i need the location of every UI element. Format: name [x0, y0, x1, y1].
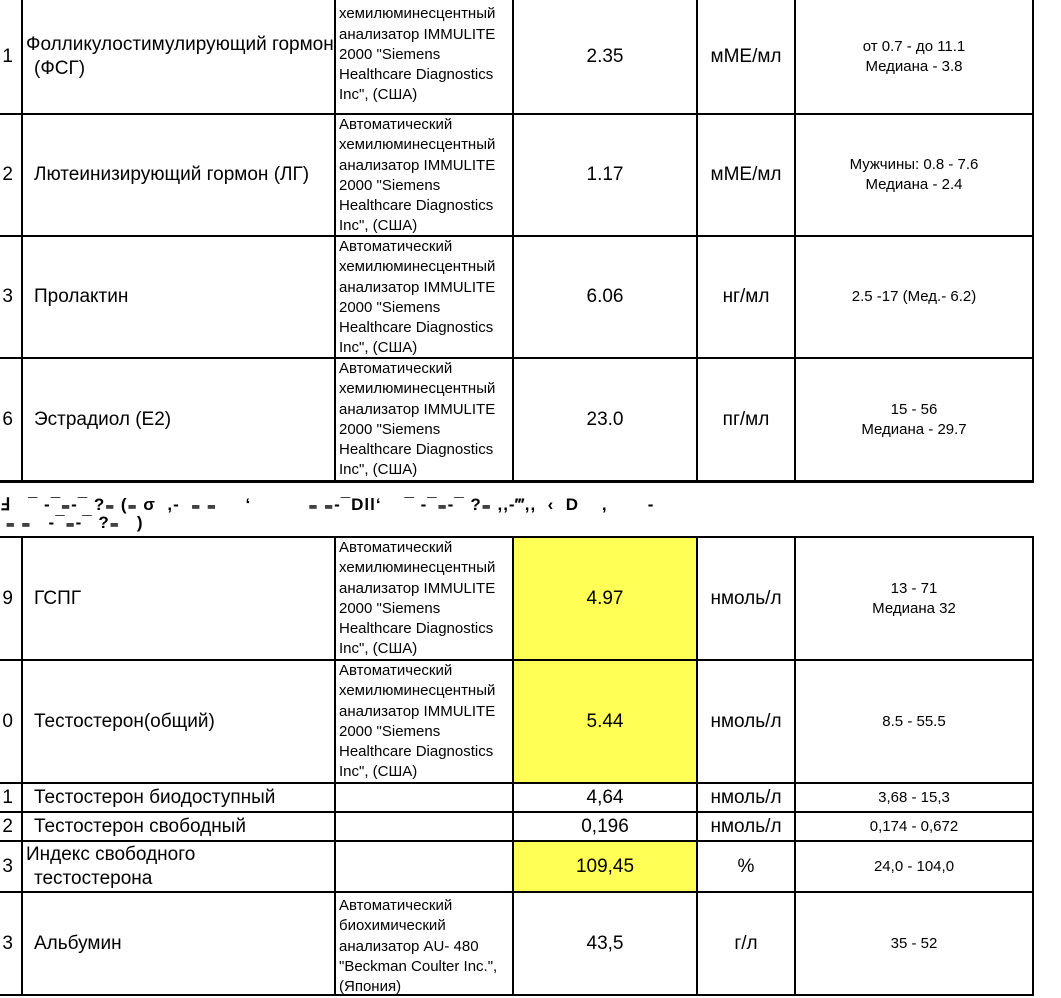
test-name: Эстрадиол (Е2) — [23, 359, 336, 482]
test-reference: 0,174 - 0,672 — [796, 813, 1034, 842]
table-row-free-testosterone-index: 3 Индекс свободного тестостерона 109,45 … — [0, 842, 1034, 893]
test-unit: мМЕ/мл — [698, 0, 796, 115]
test-method — [336, 813, 514, 842]
test-method: Автоматический хемилюминесцентный анализ… — [336, 538, 514, 661]
test-method: Автоматический хемилюминесцентный анализ… — [336, 115, 514, 237]
table-row-estradiol: 6 Эстрадиол (Е2) Автоматический хемилюми… — [0, 359, 1034, 482]
table-row-lh: 2 Лютеинизирующий гормон (ЛГ) Автоматиче… — [0, 115, 1034, 237]
test-reference: от 0.7 - до 11.1 Медиана - 3.8 — [796, 0, 1034, 115]
test-unit: нмоль/л — [698, 784, 796, 813]
test-name: Индекс свободного тестостерона — [23, 842, 336, 893]
row-number: 1 — [0, 0, 23, 115]
test-name: Фолликулостимулирующий гормон (ФСГ) — [23, 0, 336, 115]
row-number: 0 — [0, 661, 23, 784]
row-number: 6 — [0, 359, 23, 482]
section-header-line-2: ₌ ₌ -¯₌-¯ ?₌ ) — [0, 513, 144, 533]
test-value: 109,45 — [514, 842, 698, 893]
test-name: Пролактин — [23, 237, 336, 359]
test-unit: нмоль/л — [698, 661, 796, 784]
table-row-testosterone-total: 0 Тестостерон(общий) Автоматический хеми… — [0, 661, 1034, 784]
test-reference: 35 - 52 — [796, 893, 1034, 996]
test-value: 6.06 — [514, 237, 698, 359]
test-method — [336, 784, 514, 813]
test-value: 23.0 — [514, 359, 698, 482]
row-number: 3 — [0, 237, 23, 359]
row-number: 2 — [0, 813, 23, 842]
test-method: Автоматический хемилюминесцентный анализ… — [336, 237, 514, 359]
test-reference: 2.5 -17 (Мед.- 6.2) — [796, 237, 1034, 359]
row-number: 2 — [0, 115, 23, 237]
row-number: 9 — [0, 538, 23, 661]
test-name: Тестостерон биодоступный — [23, 784, 336, 813]
test-method: Автоматический хемилюминесцентный анализ… — [336, 0, 514, 115]
test-unit: нг/мл — [698, 237, 796, 359]
test-method — [336, 842, 514, 893]
test-reference: 3,68 - 15,3 — [796, 784, 1034, 813]
test-unit: г/л — [698, 893, 796, 996]
table-row-shbg: 9 ГСПГ Автоматический хемилюминесцентный… — [0, 538, 1034, 661]
section-header-garbled: Ⅎ ¯ -¯₌-¯ ?₌ (₌ σ ,- ₌ ₌ ‘ ₌ ₌-¯Dll‘ ¯ -… — [0, 481, 1034, 538]
test-reference: Мужчины: 0.8 - 7.6 Медиана - 2.4 — [796, 115, 1034, 237]
test-name: Лютеинизирующий гормон (ЛГ) — [23, 115, 336, 237]
row-number: 3 — [0, 893, 23, 996]
row-number: 1 — [0, 784, 23, 813]
test-reference: 15 - 56 Медиана - 29.7 — [796, 359, 1034, 482]
test-value: 43,5 — [514, 893, 698, 996]
test-value: 5.44 — [514, 661, 698, 784]
test-value: 2.35 — [514, 0, 698, 115]
table-row-testosterone-bioavailable: 1 Тестостерон биодоступный 4,64 нмоль/л … — [0, 784, 1034, 813]
test-name: Альбумин — [23, 893, 336, 996]
test-name: ГСПГ — [23, 538, 336, 661]
test-name: Тестостерон(общий) — [23, 661, 336, 784]
test-unit: пг/мл — [698, 359, 796, 482]
section-header-line-1: Ⅎ ¯ -¯₌-¯ ?₌ (₌ σ ,- ₌ ₌ ‘ ₌ ₌-¯Dll‘ ¯ -… — [0, 495, 654, 515]
test-method: Автоматический хемилюминесцентный анализ… — [336, 359, 514, 482]
test-name: Тестостерон свободный — [23, 813, 336, 842]
table-row-testosterone-free: 2 Тестостерон свободный 0,196 нмоль/л 0,… — [0, 813, 1034, 842]
test-unit: нмоль/л — [698, 538, 796, 661]
test-value: 1.17 — [514, 115, 698, 237]
test-reference: 24,0 - 104,0 — [796, 842, 1034, 893]
test-value: 0,196 — [514, 813, 698, 842]
test-reference: 8.5 - 55.5 — [796, 661, 1034, 784]
test-value: 4.97 — [514, 538, 698, 661]
test-unit: % — [698, 842, 796, 893]
table-row-albumin: 3 Альбумин Автоматический биохимический … — [0, 893, 1034, 996]
test-method: Автоматический биохимический анализатор … — [336, 893, 514, 996]
table-row-prolactin: 3 Пролактин Автоматический хемилюминесце… — [0, 237, 1034, 359]
test-method: Автоматический хемилюминесцентный анализ… — [336, 661, 514, 784]
test-unit: нмоль/л — [698, 813, 796, 842]
test-unit: мМЕ/мл — [698, 115, 796, 237]
table-row-fsh: 1 Фолликулостимулирующий гормон (ФСГ) Ав… — [0, 0, 1034, 115]
test-reference: 13 - 71 Медиана 32 — [796, 538, 1034, 661]
test-value: 4,64 — [514, 784, 698, 813]
row-number: 3 — [0, 842, 23, 893]
